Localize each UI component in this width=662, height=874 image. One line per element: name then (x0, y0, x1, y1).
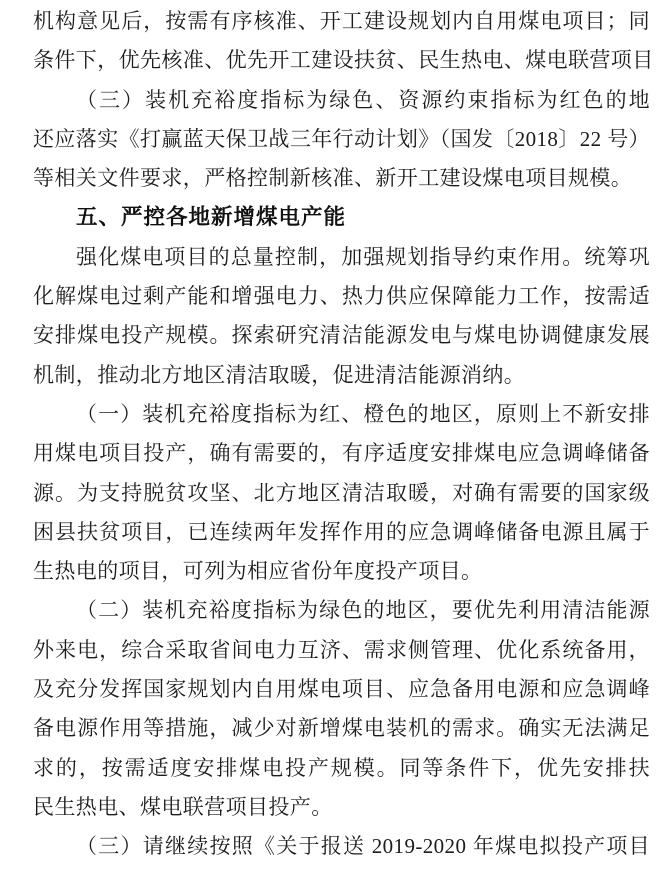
text-line: 还应落实《打赢蓝天保卫战三年行动计划》（国发〔2018〕22 号） (33, 120, 650, 159)
document-body: 机构意见后，按需有序核准、开工建设规划内自用煤电项目；同等条件下，优先核准、优先… (33, 2, 650, 867)
text-line: 外来电，综合采取省间电力互济、需求侧管理、优化系统备用，以 (33, 631, 650, 670)
text-line: 条件下，优先核准、优先开工建设扶贫、民生热电、煤电联营项目。 (33, 41, 650, 80)
text-line: 安排煤电投产规模。探索研究清洁能源发电与煤电协调健康发展的 (33, 316, 650, 355)
text-line: 机构意见后，按需有序核准、开工建设规划内自用煤电项目；同等 (33, 2, 650, 41)
text-line: 等相关文件要求，严格控制新核准、新开工建设煤电项目规模。 (33, 159, 650, 198)
text-line: 化解煤电过剩产能和增强电力、热力供应保障能力工作，按需适度 (33, 277, 650, 316)
text-line: （三）装机充裕度指标为绿色、资源约束指标为红色的地区， (33, 81, 650, 120)
text-line: 强化煤电项目的总量控制，加强规划指导约束作用。统筹巩固 (33, 238, 650, 277)
text-line: 备电源作用等措施，减少对新增煤电装机的需求。确实无法满足需 (33, 709, 650, 748)
text-line: 机制，推动北方地区清洁取暖，促进清洁能源消纳。 (33, 356, 650, 395)
text-line: 困县扶贫项目，已连续两年发挥作用的应急调峰储备电源且属于民 (33, 513, 650, 552)
text-line: 民生热电、煤电联营项目投产。 (33, 788, 650, 827)
section-heading: 五、严控各地新增煤电产能 (33, 198, 650, 237)
text-line: （二）装机充裕度指标为绿色的地区，要优先利用清洁能源和 (33, 591, 650, 630)
document-page: 机构意见后，按需有序核准、开工建设规划内自用煤电项目；同等条件下，优先核准、优先… (0, 0, 662, 874)
text-line: （三）请继续按照《关于报送 2019-2020 年煤电拟投产项目的 (33, 827, 650, 866)
text-line: 生热电的项目，可列为相应省份年度投产项目。 (33, 552, 650, 591)
text-line: 求的，按需适度安排煤电投产规模。同等条件下，优先安排扶贫、 (33, 749, 650, 788)
text-line: 及充分发挥国家规划内自用煤电项目、应急备用电源和应急调峰储 (33, 670, 650, 709)
text-line: （一）装机充裕度指标为红、橙色的地区，原则上不新安排自 (33, 395, 650, 434)
text-line: 源。为支持脱贫攻坚、北方地区清洁取暖，对确有需要的国家级贫 (33, 474, 650, 513)
text-line: 用煤电项目投产，确有需要的，有序适度安排煤电应急调峰储备电 (33, 434, 650, 473)
